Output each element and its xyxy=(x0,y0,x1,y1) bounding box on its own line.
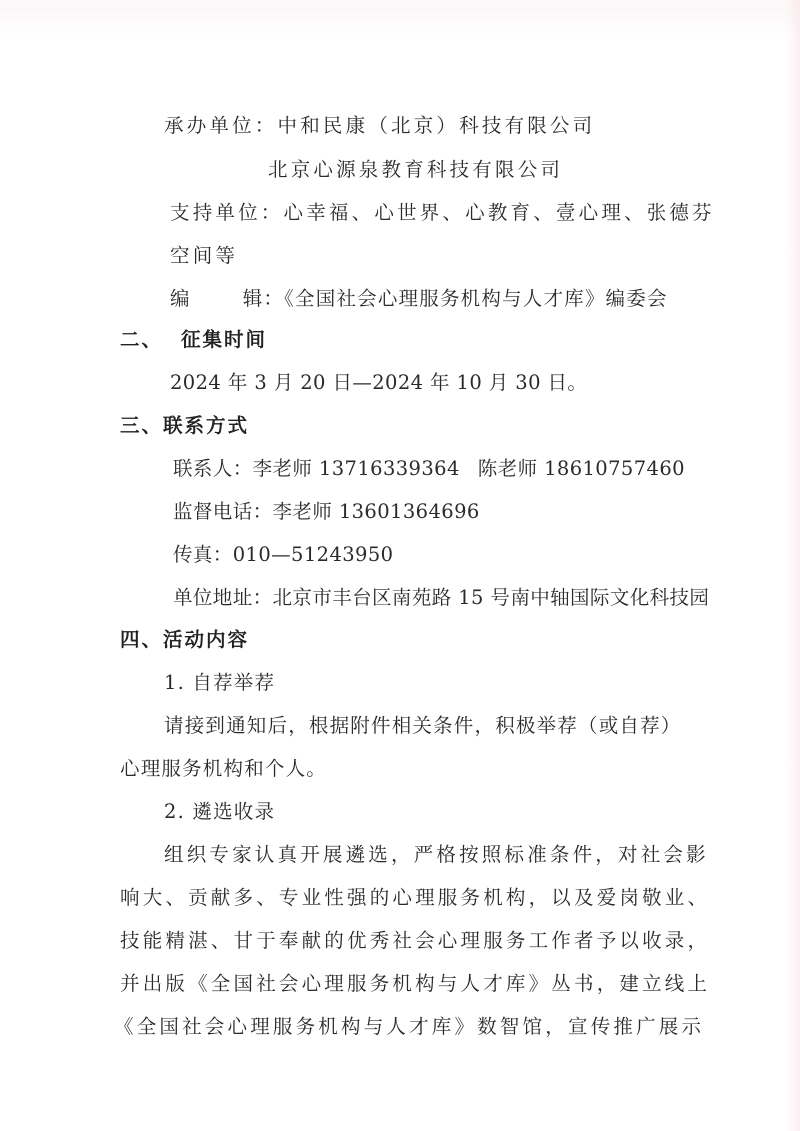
section-title: 活动内容 xyxy=(163,628,249,651)
editor-row: 编辑：《全国社会心理服务机构与人才库》编委会 xyxy=(170,286,668,312)
section-title: 联系方式 xyxy=(163,414,249,437)
paragraph-line: 响大、贡献多、专业性强的心理服务机构，以及爱岗敬业、 xyxy=(120,885,710,911)
contacts-row: 联系人：李老师 13716339364陈老师 18610757460 xyxy=(173,456,685,482)
host-label: 承办单位： xyxy=(164,114,278,137)
document-page: 承办单位：中和民康（北京）科技有限公司 北京心源泉教育科技有限公司 支持单位：心… xyxy=(0,0,800,1131)
paragraph-line: 组织专家认真开展遴选，严格按照标准条件，对社会影 xyxy=(164,842,709,868)
support-units: 心幸福、心世界、心教育、壹心理、张德芬 xyxy=(284,201,715,224)
supervision-label: 监督电话： xyxy=(173,500,273,523)
support-units-row: 支持单位：心幸福、心世界、心教育、壹心理、张德芬 xyxy=(170,200,715,226)
section-number: 四、 xyxy=(120,628,163,651)
collection-period: 2024 年 3 月 20 日—2024 年 10 月 30 日。 xyxy=(170,370,587,396)
editor-label-part2: 辑： xyxy=(243,287,284,310)
editor-value: 《全国社会心理服务机构与人才库》编委会 xyxy=(284,287,668,310)
fax-number: 010—51243950 xyxy=(233,543,394,566)
section-number: 二、 xyxy=(120,328,163,351)
address-row: 单位地址：北京市丰台区南苑路 15 号南中轴国际文化科技园 xyxy=(173,585,709,611)
section-heading-collection-time: 二、征集时间 xyxy=(120,327,267,353)
section-number: 三、 xyxy=(120,414,163,437)
address-label: 单位地址： xyxy=(173,586,273,609)
contact-li: 李老师 13716339364 xyxy=(253,457,460,480)
paragraph-line: 请接到通知后，根据附件相关条件，积极举荐（或自荐） xyxy=(164,713,682,739)
host-units-row: 承办单位：中和民康（北京）科技有限公司 xyxy=(164,113,595,139)
support-label: 支持单位： xyxy=(170,201,284,224)
paragraph-line: 并出版《全国社会心理服务机构与人才库》丛书，建立线上 xyxy=(120,971,710,997)
fax-row: 传真：010—51243950 xyxy=(173,542,393,568)
section-heading-contact: 三、联系方式 xyxy=(120,413,249,439)
contact-chen: 陈老师 18610757460 xyxy=(478,457,685,480)
supervision-phone: 李老师 13601364696 xyxy=(273,500,480,523)
section-heading-activities: 四、活动内容 xyxy=(120,627,249,653)
section-title: 征集时间 xyxy=(181,328,267,351)
paragraph-line: 《全国社会心理服务机构与人才库》数智馆，宣传推广展示 xyxy=(114,1014,704,1040)
fax-label: 传真： xyxy=(173,543,233,566)
host-unit-2: 北京心源泉教育科技有限公司 xyxy=(268,157,563,183)
support-units-continued: 空间等 xyxy=(170,243,238,269)
host-unit-1: 中和民康（北京）科技有限公司 xyxy=(278,114,596,137)
paragraph-line: 技能精湛、甘于奉献的优秀社会心理服务工作者予以收录， xyxy=(120,928,710,954)
paragraph-line: 心理服务机构和个人。 xyxy=(120,756,327,782)
supervision-row: 监督电话：李老师 13601364696 xyxy=(173,499,480,525)
editor-label-part1: 编 xyxy=(170,287,191,310)
contacts-label: 联系人： xyxy=(173,457,253,480)
subsection-heading-selection: 2. 遴选收录 xyxy=(164,799,275,825)
address-value: 北京市丰台区南苑路 15 号南中轴国际文化科技园 xyxy=(273,586,710,609)
subsection-heading-self-recommend: 1. 自荐举荐 xyxy=(164,670,275,696)
